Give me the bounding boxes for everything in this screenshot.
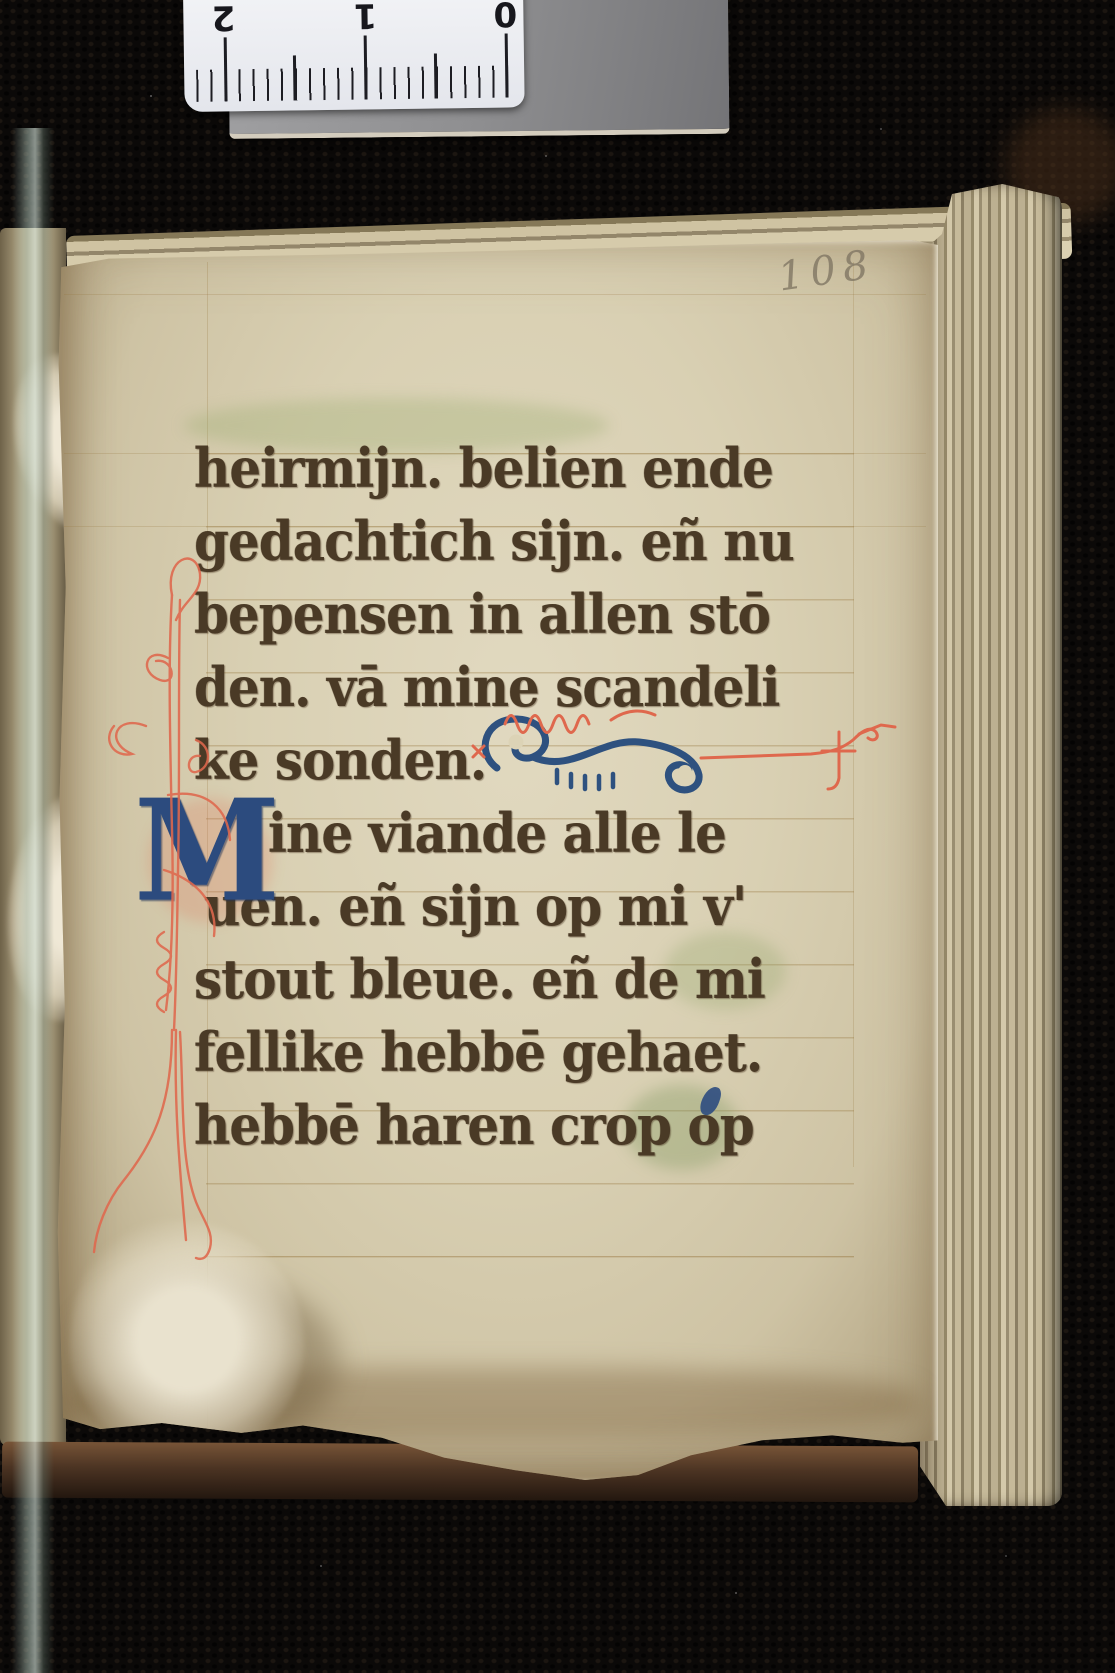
ruling-extra-line — [206, 1256, 854, 1257]
line-filler-icon — [461, 690, 931, 805]
red-penwork-flourish-icon — [76, 540, 236, 1280]
ruler-label-1: 1 — [347, 0, 384, 36]
dust-specks — [0, 0, 2, 2]
text-line-9: fellike hebbē gehaet. — [194, 1020, 762, 1098]
manuscript-page: 108 heirmijn. belien ende gedachtich sij… — [56, 240, 938, 1480]
text-line-6: ine viande alle le — [268, 801, 726, 879]
fore-edge-page-stack — [920, 184, 1062, 1506]
text-line-3: bepensen in allen stō — [194, 582, 770, 660]
ruler-cm-tick — [505, 33, 508, 97]
text-line-1: heirmijn. belien ende — [194, 436, 773, 514]
ruler-cm-tick — [224, 37, 227, 101]
photograph-stage: 2 1 0 108 heirmijn. belien ende — [0, 0, 1115, 1673]
folio-number: 108 — [775, 241, 878, 300]
glass-plate-edge — [12, 128, 54, 1673]
text-line-10: hebbē haren crop op — [194, 1093, 754, 1171]
ruler-cm-tick — [364, 35, 367, 99]
ruler-half-cm-tick — [434, 53, 437, 98]
text-line-2: gedachtich sijn. eñ nu — [194, 509, 794, 587]
ruler-label-0: 0 — [487, 0, 524, 34]
ruler-scale — [224, 33, 509, 101]
text-line-8: stout bleue. eñ de mi — [194, 947, 765, 1025]
ruler-mm-ticks — [196, 65, 508, 101]
ruler-label-2: 2 — [205, 0, 242, 38]
measuring-ruler: 2 1 0 — [183, 0, 525, 112]
ruler-half-cm-tick — [293, 55, 296, 100]
text-line-7: uen. eñ sijn op mi v' — [204, 874, 746, 952]
